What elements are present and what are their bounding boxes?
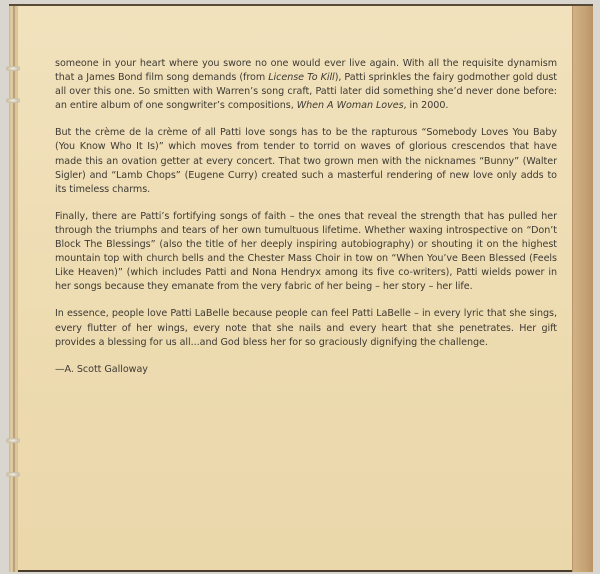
text-run: , in 2000. (404, 100, 449, 111)
text-run: But the crème de la crème of all Patti l… (55, 127, 557, 194)
binding-stitch (6, 438, 20, 443)
paragraph: But the crème de la crème of all Patti l… (55, 126, 557, 196)
paragraph: In essence, people love Patti LaBelle be… (55, 307, 557, 349)
paragraph: someone in your heart where you swore no… (55, 57, 557, 113)
text-run: In essence, people love Patti LaBelle be… (55, 308, 557, 347)
text-run: Finally, there are Patti’s fortifying so… (55, 211, 557, 292)
binding-stitch (6, 66, 20, 71)
binding-stitch (6, 98, 20, 103)
author-signature: —A. Scott Galloway (55, 363, 557, 377)
italic-title: When A Woman Loves (297, 100, 404, 111)
page-binding (9, 6, 18, 572)
paragraph: Finally, there are Patti’s fortifying so… (55, 210, 557, 295)
page-edge (572, 6, 593, 572)
liner-notes-text: someone in your heart where you swore no… (55, 57, 557, 377)
binding-stitch (6, 472, 20, 477)
italic-title: License To Kill (268, 72, 334, 83)
